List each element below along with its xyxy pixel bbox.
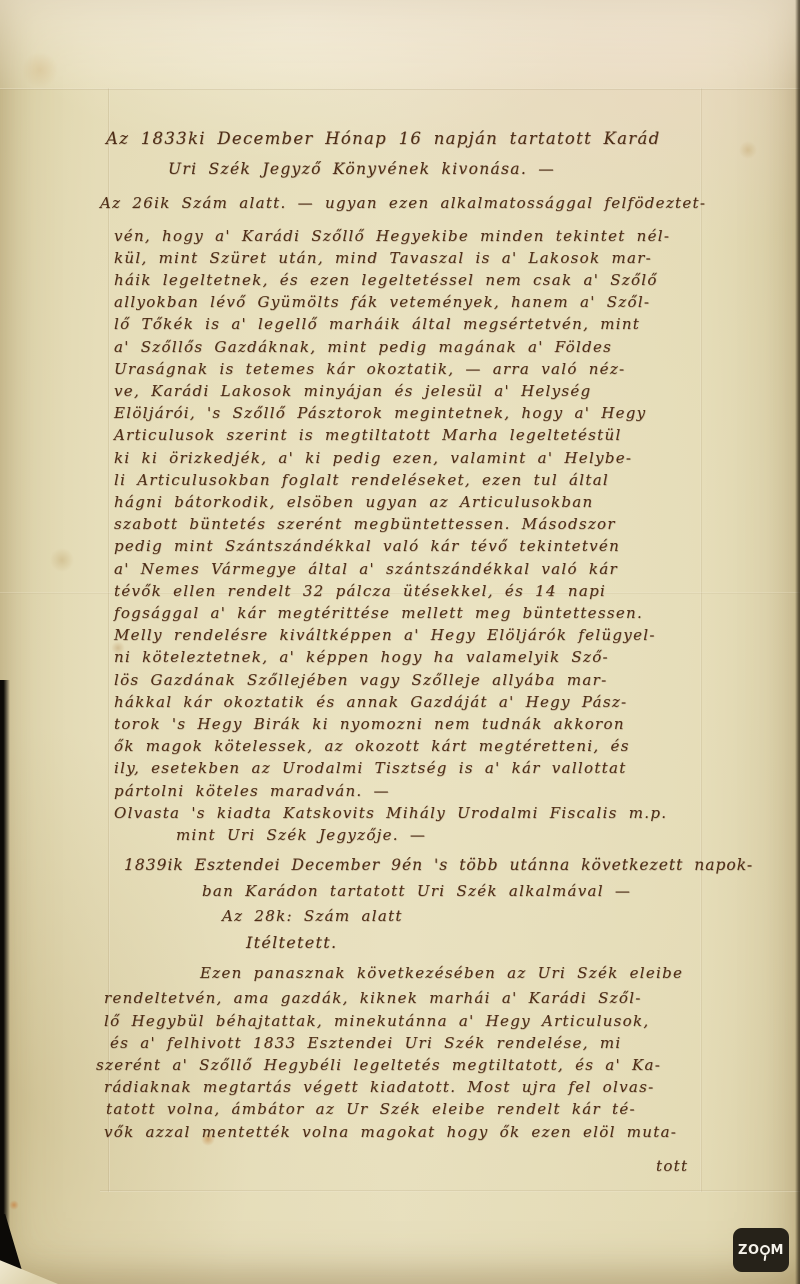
manuscript-line: és a' felhivott 1833 Esztendei Uri Szék … <box>110 1032 736 1054</box>
fold-crease-horizontal-bottom <box>100 1190 800 1192</box>
fold-crease-horizontal-top <box>0 88 800 90</box>
manuscript-line: tévők ellen rendelt 32 pálcza ütésekkel,… <box>114 580 736 602</box>
manuscript-line: kül, mint Szüret után, mind Tavaszal is … <box>114 247 736 269</box>
manuscript-line: vén, hogy a' Karádi Szőllő Hegyekibe min… <box>114 225 736 247</box>
manuscript-line: hágni bátorkodik, elsöben ugyan az Artic… <box>114 491 736 513</box>
magnifier-icon <box>760 1245 770 1255</box>
scan-edge-right <box>795 0 800 1284</box>
manuscript-line: rendeltetvén, ama gazdák, kiknek marhái … <box>104 987 736 1009</box>
page-top-light-band <box>0 0 800 88</box>
manuscript-line: Articulusok szerint is megtiltatott Marh… <box>114 424 736 446</box>
manuscript-line: allyokban lévő Gyümölts fák vetemények, … <box>114 291 736 313</box>
scan-edge-left <box>0 680 10 1284</box>
manuscript-line: ban Karádon tartatott Uri Szék alkalmáva… <box>202 880 736 902</box>
manuscript-line: szerént a' Szőllő Hegybéli legeltetés me… <box>96 1054 736 1076</box>
zoom-watermark: ZOM <box>733 1228 789 1272</box>
document-page: Az 1833ki December Hónap 16 napján tarta… <box>0 0 800 1284</box>
manuscript-line: Ezen panasznak következésében az Uri Szé… <box>200 962 736 984</box>
manuscript-line: Elöljárói, 's Szőllő Pásztorok megintetn… <box>114 402 736 424</box>
manuscript-line: a' Szőllős Gazdáknak, mint pedig magának… <box>114 336 736 358</box>
manuscript-line: ki ki örizkedjék, a' ki pedig ezen, vala… <box>114 447 736 469</box>
manuscript-line: lő Hegybül béhajtattak, minekutánna a' H… <box>104 1010 736 1032</box>
manuscript-line: vők azzal mentették volna magokat hogy ő… <box>104 1121 736 1143</box>
manuscript-line: ni köteleztetnek, a' képpen hogy ha vala… <box>114 646 736 668</box>
manuscript-line: pedig mint Szántszándékkal való kár tévő… <box>114 535 736 557</box>
zoom-watermark-text-right: M <box>771 1244 784 1257</box>
manuscript-line: lös Gazdának Szőllejében vagy Szőlleje a… <box>114 669 736 691</box>
manuscript-line: Az 28k: Szám alatt <box>222 905 736 927</box>
manuscript-line: torok 's Hegy Birák ki nyomozni nem tudn… <box>114 713 736 735</box>
manuscript-line: mint Uri Szék Jegyzője. — <box>176 824 736 846</box>
manuscript-line: li Articulusokban foglalt rendeléseket, … <box>114 469 736 491</box>
manuscript-line: Itéltetett. <box>246 932 736 954</box>
manuscript-line: Uri Szék Jegyző Könyvének kivonása. — <box>168 158 736 180</box>
manuscript-line: Az 1833ki December Hónap 16 napján tarta… <box>106 128 736 150</box>
manuscript-line: szabott büntetés szerént megbüntettessen… <box>114 513 736 535</box>
manuscript-line: háik legeltetnek, és ezen legeltetéssel … <box>114 269 736 291</box>
manuscript-line: ve, Karádi Lakosok minyájan és jelesül a… <box>114 380 736 402</box>
manuscript-line: Olvasta 's kiadta Katskovits Mihály Urod… <box>114 802 736 824</box>
manuscript-line: Melly rendelésre kiváltképpen a' Hegy El… <box>114 624 736 646</box>
manuscript-catchword: tott <box>656 1155 736 1177</box>
manuscript-line: Uraságnak is tetemes kár okoztatik, — ar… <box>114 358 736 380</box>
manuscript-line: rádiaknak megtartás végett kiadatott. Mo… <box>104 1076 736 1098</box>
manuscript-line: ily, esetekben az Urodalmi Tisztség is a… <box>114 757 736 779</box>
manuscript-line: a' Nemes Vármegye által a' szántszándékk… <box>114 558 736 580</box>
manuscript-line: lő Tőkék is a' legellő marháik által meg… <box>114 313 736 335</box>
manuscript-line: hákkal kár okoztatik és annak Gazdáját a… <box>114 691 736 713</box>
manuscript-line: ők magok kötelessek, az okozott kárt meg… <box>114 735 736 757</box>
zoom-watermark-text-left: ZO <box>738 1244 759 1257</box>
manuscript-line: Az 26ik Szám alatt. — ugyan ezen alkalma… <box>100 192 736 214</box>
manuscript-line: tatott volna, ámbátor az Ur Szék eleibe … <box>106 1098 736 1120</box>
manuscript-line: fogsággal a' kár megtérittése mellett me… <box>114 602 736 624</box>
manuscript-line: 1839ik Esztendei December 9én 's több ut… <box>124 854 736 876</box>
manuscript-text: Az 1833ki December Hónap 16 napján tarta… <box>96 128 736 1177</box>
manuscript-line: pártolni köteles maradván. — <box>114 780 736 802</box>
